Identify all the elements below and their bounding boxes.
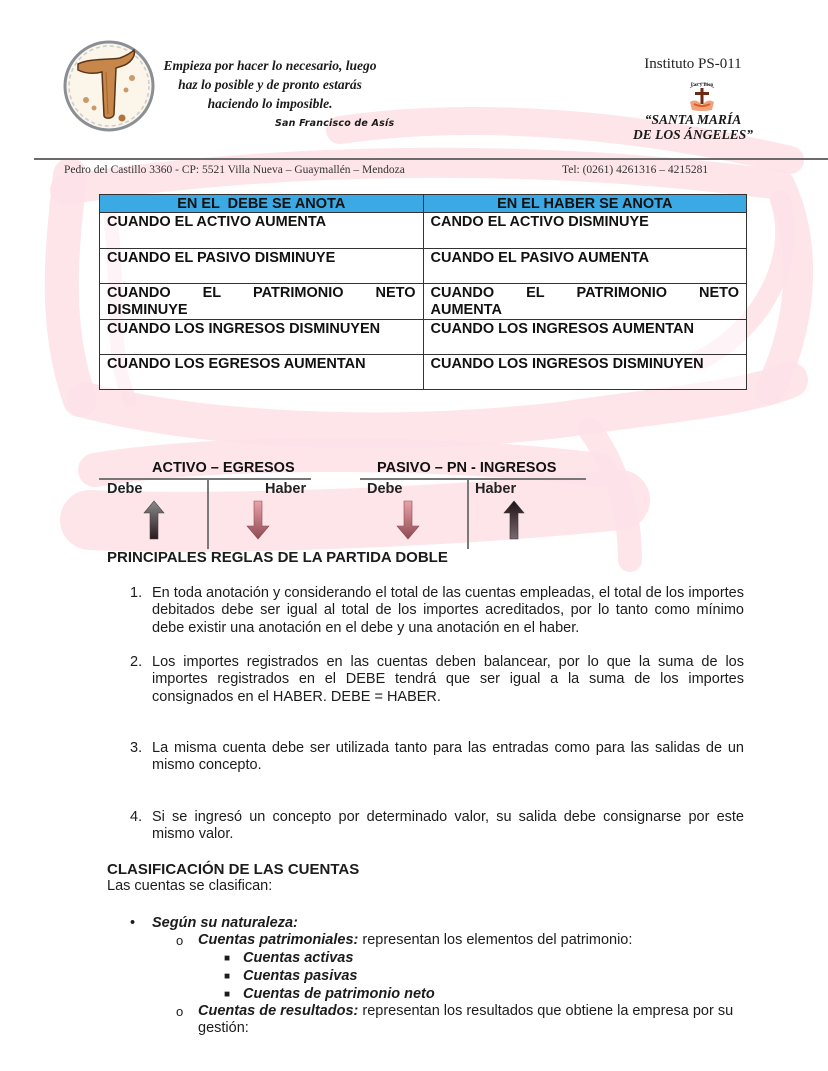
quote-line: haciendo lo imposible. (150, 94, 390, 113)
justified-line: CUANDO EL PATRIMONIO NETO (431, 285, 740, 302)
arrow-down-icon (396, 500, 420, 540)
table-cell: CUANDO EL ACTIVO AUMENTA (100, 213, 424, 249)
list-text: La misma cuenta debe ser utilizada tanto… (152, 740, 744, 775)
t-account-bar (360, 478, 586, 480)
t-account-stem (207, 479, 209, 549)
institute-name: Instituto PS-011 (600, 56, 786, 73)
list-item: 2. Los importes registrados en las cuent… (130, 654, 744, 706)
bullet-patrimoniales: o Cuentas patrimoniales: representan los… (176, 932, 632, 949)
list-number: 2. (130, 654, 142, 671)
quote: Empieza por hacer lo necesario, luego ha… (150, 56, 390, 113)
bullet-square-icon: ■ (224, 986, 230, 1003)
t-account-title: PASIVO – PN - INGRESOS (377, 460, 556, 476)
word: EL (526, 285, 545, 302)
bullet-label: Cuentas activas (243, 950, 353, 966)
table-cell: CUANDO LOS EGRESOS AUMENTAN (100, 355, 424, 390)
word: EL (203, 285, 222, 302)
bullet-label: Según su naturaleza: (152, 915, 298, 931)
haber-label: Haber (265, 481, 306, 497)
list-number: 3. (130, 740, 142, 757)
t-account-title: ACTIVO – EGRESOS (152, 460, 295, 476)
quote-line: Empieza por hacer lo necesario, luego (150, 56, 390, 75)
debe-label: Debe (367, 481, 402, 497)
bullet-dot-icon: • (130, 915, 135, 932)
arrow-up-icon (503, 500, 525, 540)
wrapped-line: AUMENTA (431, 302, 740, 319)
bullet-cuentas-activas: ■ Cuentas activas (224, 950, 353, 967)
quote-line: haz lo posible y de pronto estarás (150, 75, 390, 94)
debe-label: Debe (107, 481, 142, 497)
list-text: Los importes registrados en las cuentas … (152, 654, 744, 706)
bullet-label: Cuentas pasivas (243, 968, 357, 984)
list-text: Si se ingresó un concepto por determinad… (152, 809, 744, 844)
document-page: Empieza por hacer lo necesario, luego ha… (0, 0, 828, 1071)
section-heading-clasificacion: CLASIFICACIÓN DE LAS CUENTAS (107, 861, 359, 878)
word: CUANDO (431, 285, 495, 302)
table-cell: CUANDO LOS INGRESOS AUMENTAN (423, 320, 747, 355)
arrow-down-icon (246, 500, 270, 540)
list-number: 1. (130, 585, 142, 602)
list-number: 4. (130, 809, 142, 826)
table-cell: CUANDO LOS INGRESOS DISMINUYEN (423, 355, 747, 390)
word: PATRIMONIO (577, 285, 667, 302)
bullet-cuentas-patrimonio-neto: ■ Cuentas de patrimonio neto (224, 986, 435, 1003)
bullet-square-icon: ■ (224, 950, 230, 967)
table-row: CUANDO LOS INGRESOS DISMINUYEN CUANDO LO… (100, 320, 747, 355)
t-account-stem (467, 479, 469, 549)
list-text: En toda anotación y considerando el tota… (152, 585, 744, 637)
wrapped-line: DISMINUYE (107, 302, 416, 319)
table-header-row: EN EL DEBE SE ANOTA EN EL HABER SE ANOTA (100, 195, 747, 213)
section-heading-partida-doble: PRINCIPALES REGLAS DE LA PARTIDA DOBLE (107, 549, 448, 566)
table-cell: CUANDO EL PATRIMONIO NETO DISMINUYE (100, 284, 424, 320)
list-item: 1. En toda anotación y considerando el t… (130, 585, 744, 637)
t-account-bar (99, 478, 311, 480)
table-cell: CANDO EL ACTIVO DISMINUYE (423, 213, 747, 249)
bullet-resultados: o Cuentas de resultados: representan los… (176, 1003, 746, 1037)
institute-title-line: “SANTA MARÍA (600, 112, 786, 127)
bullet-label: Cuentas patrimoniales: (198, 932, 358, 948)
column-header-haber: EN EL HABER SE ANOTA (423, 195, 747, 213)
svg-text:Paz y Bien: Paz y Bien (691, 83, 714, 88)
address: Pedro del Castillo 3360 - CP: 5521 Villa… (64, 164, 405, 176)
justified-line: CUANDO EL PATRIMONIO NETO (107, 285, 416, 302)
list-item: 3. La misma cuenta debe ser utilizada ta… (130, 740, 744, 775)
bullet-circle-icon: o (176, 1003, 183, 1020)
bullet-text: representan los elementos del patrimonio… (358, 932, 632, 948)
bullet-square-icon: ■ (224, 968, 230, 985)
quote-author: San Francisco de Asís (275, 118, 394, 129)
word: NETO (375, 285, 415, 302)
word: NETO (699, 285, 739, 302)
phone: Tel: (0261) 4261316 – 4215281 (562, 164, 708, 176)
bullet-circle-icon: o (176, 932, 183, 949)
table-row: CUANDO EL PATRIMONIO NETO DISMINUYE CUAN… (100, 284, 747, 320)
header-divider (34, 158, 828, 160)
bullet-label: Cuentas de patrimonio neto (243, 986, 435, 1002)
bullet-naturaleza: • Según su naturaleza: (130, 915, 298, 932)
list-item: 4. Si se ingresó un concepto por determi… (130, 809, 744, 844)
institute-title-line: DE LOS ÁNGELES” (600, 127, 786, 142)
table-cell: CUANDO EL PASIVO AUMENTA (423, 249, 747, 284)
debe-haber-table: EN EL DEBE SE ANOTA EN EL HABER SE ANOTA… (99, 194, 747, 390)
tau-cross-logo-icon (60, 38, 158, 134)
haber-label: Haber (475, 481, 516, 497)
table-cell: CUANDO EL PASIVO DISMINUYE (100, 249, 424, 284)
table-row: CUANDO EL ACTIVO AUMENTA CANDO EL ACTIVO… (100, 213, 747, 249)
table-cell: CUANDO EL PATRIMONIO NETO AUMENTA (423, 284, 747, 320)
cross-emblem-icon: Paz y Bien (682, 78, 722, 114)
table-row: CUANDO EL PASIVO DISMINUYE CUANDO EL PAS… (100, 249, 747, 284)
institute-title: “SANTA MARÍA DE LOS ÁNGELES” (600, 112, 786, 142)
word: CUANDO (107, 285, 171, 302)
table-cell: CUANDO LOS INGRESOS DISMINUYEN (100, 320, 424, 355)
word: PATRIMONIO (253, 285, 343, 302)
bullet-cuentas-pasivas: ■ Cuentas pasivas (224, 968, 357, 985)
intro-text: Las cuentas se clasifican: (107, 878, 272, 894)
bullet-label: Cuentas de resultados: (198, 1003, 358, 1019)
arrow-up-icon (143, 500, 165, 540)
column-header-debe: EN EL DEBE SE ANOTA (100, 195, 424, 213)
table-row: CUANDO LOS EGRESOS AUMENTAN CUANDO LOS I… (100, 355, 747, 390)
